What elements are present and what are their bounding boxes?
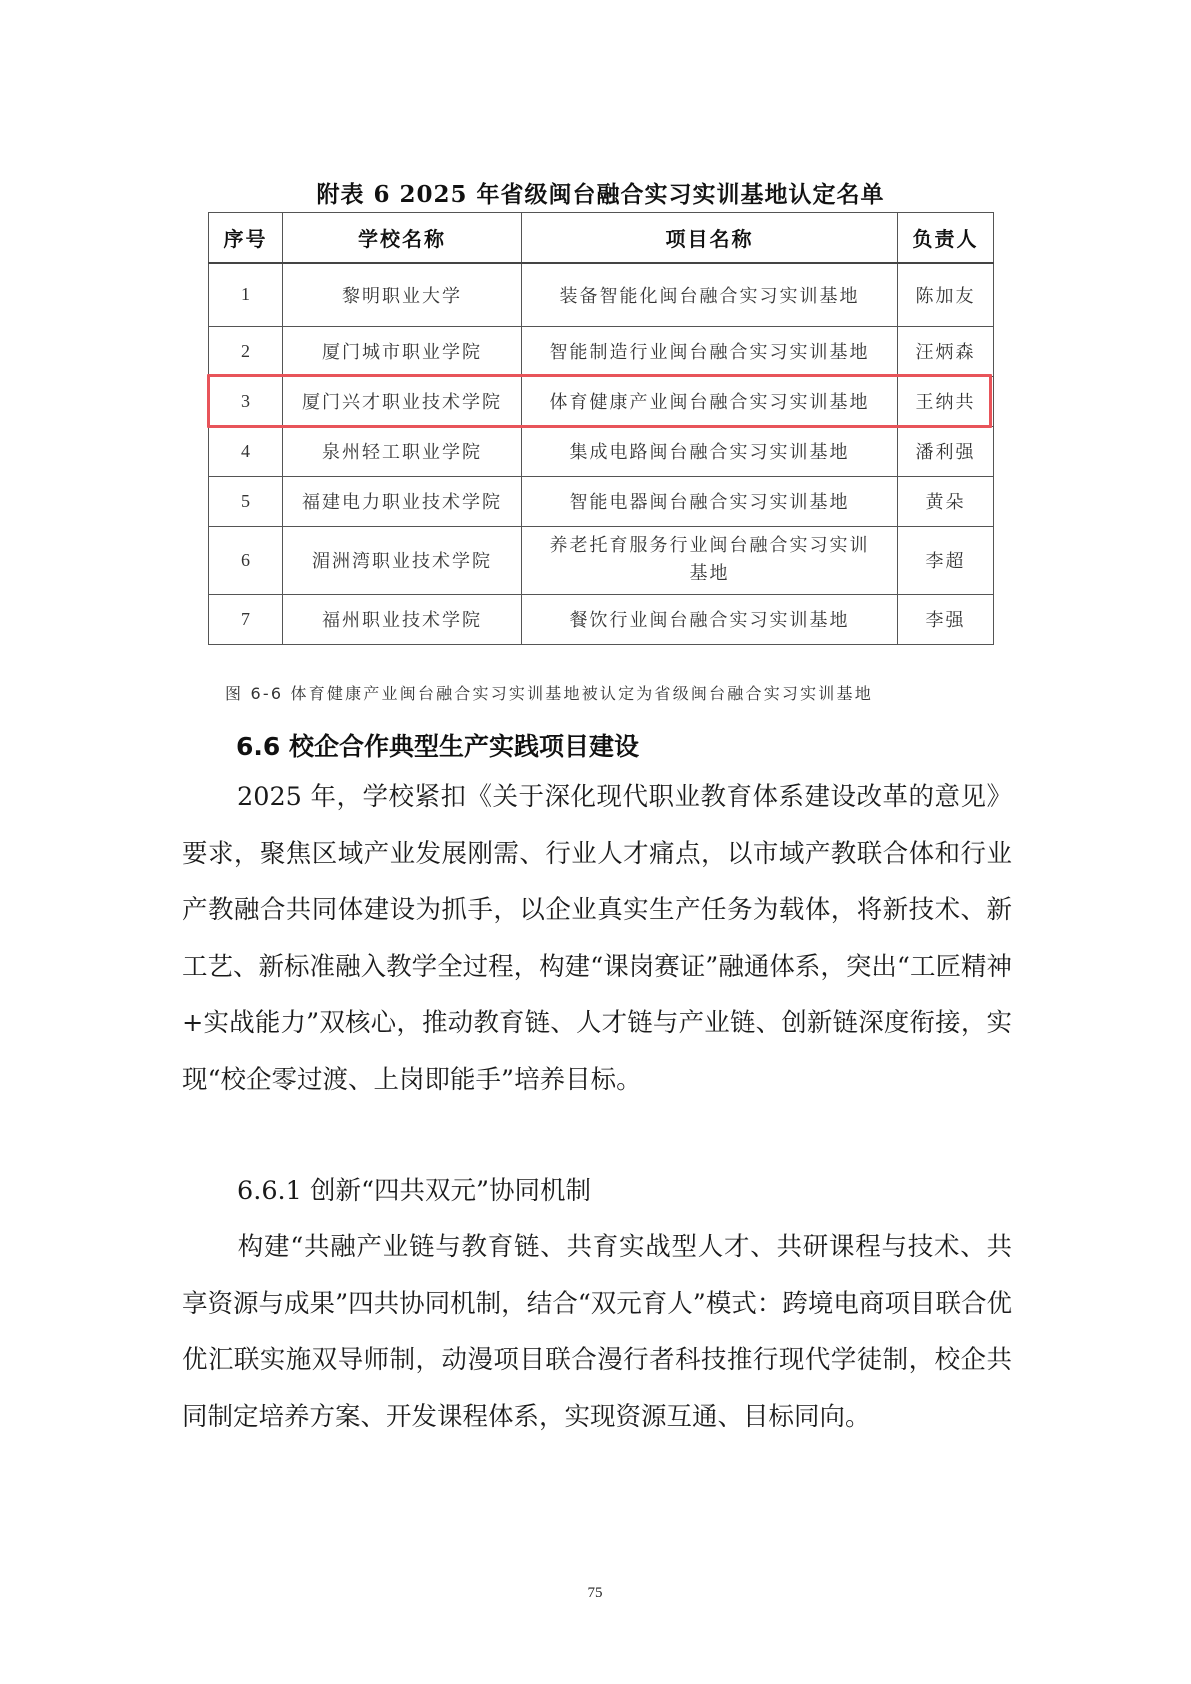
page-number: 75 <box>580 1585 610 1602</box>
cell-project: 集成电路闽台融合实习实训基地 <box>522 426 898 476</box>
subsection-heading: 6.6.1 创新“四共双元”协同机制 <box>237 1163 591 1220</box>
table-row: 6 湄洲湾职业技术学院 养老托育服务行业闽台融合实习实训基地 李超 <box>209 526 994 594</box>
paragraph: 2025 年，学校紧扣《关于深化现代职业教育体系建设改革的意见》要求，聚焦区域产… <box>182 769 1012 1108</box>
cell-no: 2 <box>209 326 283 376</box>
table-row-highlighted: 3 厦门兴才职业技术学院 体育健康产业闽台融合实习实训基地 王纳共 <box>209 376 994 426</box>
cell-leader: 李强 <box>898 594 994 644</box>
table-row: 4 泉州轻工职业学院 集成电路闽台融合实习实训基地 潘利强 <box>209 426 994 476</box>
cell-school: 厦门兴才职业技术学院 <box>283 376 522 426</box>
certification-table: 序号 学校名称 项目名称 负责人 1 黎明职业大学 装备智能化闽台融合实习实训基… <box>208 212 994 645</box>
cell-school: 湄洲湾职业技术学院 <box>283 526 522 594</box>
cell-school: 福建电力职业技术学院 <box>283 476 522 526</box>
cell-project: 智能电器闽台融合实习实训基地 <box>522 476 898 526</box>
certification-table-container: 序号 学校名称 项目名称 负责人 1 黎明职业大学 装备智能化闽台融合实习实训基… <box>208 212 993 645</box>
cell-leader: 王纳共 <box>898 376 994 426</box>
table-row: 2 厦门城市职业学院 智能制造行业闽台融合实习实训基地 汪炳森 <box>209 326 994 376</box>
header-project: 项目名称 <box>522 213 898 264</box>
cell-no: 4 <box>209 426 283 476</box>
cell-no: 3 <box>209 376 283 426</box>
header-school: 学校名称 <box>283 213 522 264</box>
cell-project: 餐饮行业闽台融合实习实训基地 <box>522 594 898 644</box>
table-title: 附表 6 2025 年省级闽台融合实习实训基地认定名单 <box>208 176 993 209</box>
cell-school: 福州职业技术学院 <box>283 594 522 644</box>
cell-no: 5 <box>209 476 283 526</box>
cell-no: 7 <box>209 594 283 644</box>
cell-leader: 黄朵 <box>898 476 994 526</box>
cell-leader: 陈加友 <box>898 263 994 326</box>
figure-caption: 图 6-6 体育健康产业闽台融合实习实训基地被认定为省级闽台融合实习实训基地 <box>225 681 873 704</box>
cell-no: 6 <box>209 526 283 594</box>
table-row: 7 福州职业技术学院 餐饮行业闽台融合实习实训基地 李强 <box>209 594 994 644</box>
table-row: 5 福建电力职业技术学院 智能电器闽台融合实习实训基地 黄朵 <box>209 476 994 526</box>
table-row: 1 黎明职业大学 装备智能化闽台融合实习实训基地 陈加友 <box>209 263 994 326</box>
cell-no: 1 <box>209 263 283 326</box>
table-header-row: 序号 学校名称 项目名称 负责人 <box>209 213 994 264</box>
header-leader: 负责人 <box>898 213 994 264</box>
cell-school: 泉州轻工职业学院 <box>283 426 522 476</box>
cell-school: 厦门城市职业学院 <box>283 326 522 376</box>
paragraph: 构建“共融产业链与教育链、共育实战型人才、共研课程与技术、共享资源与成果”四共协… <box>182 1219 1012 1445</box>
cell-leader: 汪炳森 <box>898 326 994 376</box>
cell-project: 装备智能化闽台融合实习实训基地 <box>522 263 898 326</box>
paragraph-text: 2025 年，学校紧扣《关于深化现代职业教育体系建设改革的意见》要求，聚焦区域产… <box>182 782 1012 1095</box>
cell-leader: 李超 <box>898 526 994 594</box>
paragraph-text: 构建“共融产业链与教育链、共育实战型人才、共研课程与技术、共享资源与成果”四共协… <box>182 1232 1012 1432</box>
header-no: 序号 <box>209 213 283 264</box>
section-heading: 6.6 校企合作典型生产实践项目建设 <box>236 727 639 763</box>
cell-leader: 潘利强 <box>898 426 994 476</box>
cell-project: 养老托育服务行业闽台融合实习实训基地 <box>522 526 898 594</box>
cell-school: 黎明职业大学 <box>283 263 522 326</box>
cell-project: 智能制造行业闽台融合实习实训基地 <box>522 326 898 376</box>
cell-project: 体育健康产业闽台融合实习实训基地 <box>522 376 898 426</box>
